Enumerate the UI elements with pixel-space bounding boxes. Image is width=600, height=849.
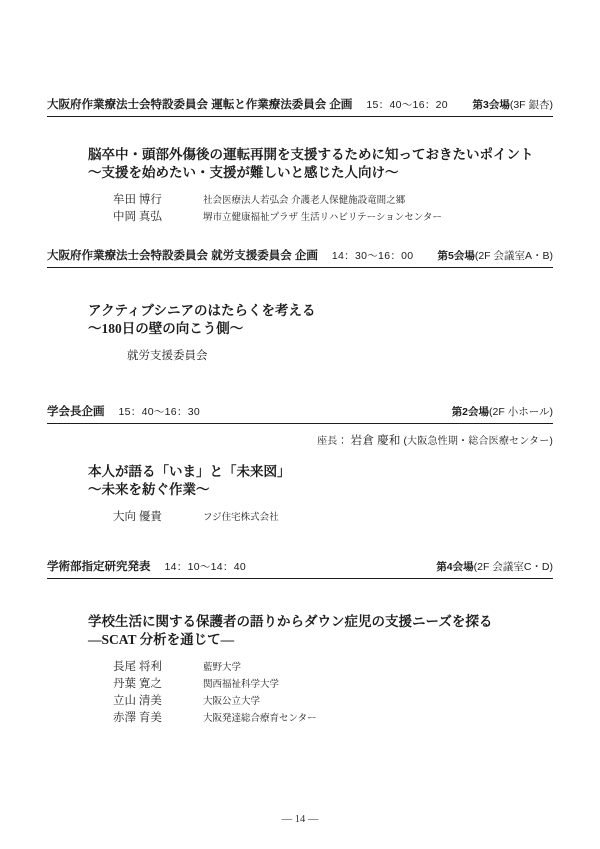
speaker-name: 立山 清美 (113, 693, 203, 710)
session-header: 大阪府作業療法士会特設委員会 運転と作業療法委員会 企画 15：40～16：20… (47, 96, 553, 117)
speaker-row: 牟田 博行 社会医療法人若弘会 介護老人保健施設竜間之郷 (113, 192, 553, 209)
session-time: 15：40～16：20 (366, 97, 448, 112)
speaker-row: 中岡 真弘 堺市立健康福祉プラザ 生活リハビリテーションセンター (113, 209, 553, 226)
talk-title-line1: 本人が語る「いま」と「未来図」 (88, 463, 553, 481)
talk-title: 学校生活に関する保護者の語りからダウン症児の支援ニーズを探る ―SCAT 分析を… (88, 613, 553, 649)
session-organizer-title: 大阪府作業療法士会特設委員会 運転と作業療法委員会 企画 (47, 96, 352, 112)
speaker-name: 長尾 将利 (113, 659, 203, 676)
chair-name: 岩倉 慶和 (351, 435, 401, 447)
talk-title-line2: ～支援を始めたい・支援が難しいと感じた人向け～ (88, 164, 553, 182)
chair-affiliation: (大阪急性期・総合医療センター) (404, 436, 553, 447)
session-time: 15：40～16：30 (119, 404, 201, 419)
session-employment-committee: 大阪府作業療法士会特設委員会 就労支援委員会 企画 14：30～16：00 第5… (47, 247, 553, 365)
talk-title: 脳卒中・頭部外傷後の運転再開を支援するために知っておきたいポイント ～支援を始め… (88, 146, 553, 182)
speaker-affiliation: フジ住宅株式会社 (203, 509, 279, 526)
speaker-name: 丹葉 寛之 (113, 676, 203, 693)
talk-title-line2: ―SCAT 分析を通じて― (88, 631, 553, 649)
speaker-name: 赤澤 育美 (113, 710, 203, 727)
talk-title-line1: 脳卒中・頭部外傷後の運転再開を支援するために知っておきたいポイント (88, 146, 553, 164)
session-venue: 第2会場 (452, 404, 489, 419)
page-number: — 14 — (0, 814, 600, 825)
speaker-list: 長尾 将利 藍野大学 丹葉 寛之 関西福祉科学大学 立山 清美 大阪公立大学 赤… (113, 659, 553, 727)
speaker-name: 中岡 真弘 (113, 209, 203, 226)
speaker-list: 牟田 博行 社会医療法人若弘会 介護老人保健施設竜間之郷 中岡 真弘 堺市立健康… (113, 192, 553, 226)
speaker-affiliation: 社会医療法人若弘会 介護老人保健施設竜間之郷 (203, 192, 405, 209)
speaker-affiliation: 藍野大学 (203, 659, 241, 676)
speaker-list: 大向 優貴 フジ住宅株式会社 (113, 509, 553, 526)
session-president-plan: 学会長企画 15：40～16：30 第2会場 (2F 小ホール) 座長： 岩倉 … (47, 403, 553, 526)
speaker-affiliation: 関西福祉科学大学 (203, 676, 279, 693)
speaker-affiliation: 大阪公立大学 (203, 693, 260, 710)
speaker-affiliation: 大阪発達総合療育センター (203, 710, 317, 727)
talk-title-line2: ～未来を紡ぐ作業～ (88, 481, 553, 499)
session-venue-detail: (2F 会議室A・B) (475, 248, 553, 263)
session-organizer-title: 学術部指定研究発表 (47, 558, 151, 574)
talk-title-line1: 学校生活に関する保護者の語りからダウン症児の支援ニーズを探る (88, 613, 553, 631)
session-header: 学術部指定研究発表 14：10～14：40 第4会場 (2F 会議室C・D) (47, 558, 553, 579)
session-venue-detail: (3F 銀杏) (510, 97, 553, 112)
session-venue: 第3会場 (472, 97, 509, 112)
speaker-row: 立山 清美 大阪公立大学 (113, 693, 553, 710)
speaker-row: 赤澤 育美 大阪発達総合療育センター (113, 710, 553, 727)
session-venue-detail: (2F 小ホール) (489, 404, 553, 419)
talk-title-line2: ～180日の壁の向こう側～ (88, 320, 553, 338)
speaker-row: 就労支援委員会 (127, 348, 553, 365)
speaker-list: 就労支援委員会 (127, 348, 553, 365)
talk-title: 本人が語る「いま」と「未来図」 ～未来を紡ぐ作業～ (88, 463, 553, 499)
session-header: 学会長企画 15：40～16：30 第2会場 (2F 小ホール) (47, 403, 553, 424)
chair-label: 座長： (317, 436, 348, 447)
speaker-row: 長尾 将利 藍野大学 (113, 659, 553, 676)
program-page: 大阪府作業療法士会特設委員会 運転と作業療法委員会 企画 15：40～16：20… (0, 0, 600, 849)
speaker-row: 丹葉 寛之 関西福祉科学大学 (113, 676, 553, 693)
session-designated-research: 学術部指定研究発表 14：10～14：40 第4会場 (2F 会議室C・D) 学… (47, 558, 553, 727)
speaker-name: 大向 優貴 (113, 509, 203, 526)
speaker-affiliation: 堺市立健康福祉プラザ 生活リハビリテーションセンター (203, 209, 442, 226)
chair-row: 座長： 岩倉 慶和 (大阪急性期・総合医療センター) (47, 432, 553, 448)
session-organizer-title: 学会長企画 (47, 403, 105, 419)
session-venue: 第4会場 (436, 559, 473, 574)
session-venue: 第5会場 (437, 248, 474, 263)
session-header: 大阪府作業療法士会特設委員会 就労支援委員会 企画 14：30～16：00 第5… (47, 247, 553, 268)
speaker-row: 大向 優貴 フジ住宅株式会社 (113, 509, 553, 526)
session-driving-committee: 大阪府作業療法士会特設委員会 運転と作業療法委員会 企画 15：40～16：20… (47, 96, 553, 226)
session-time: 14：10～14：40 (165, 559, 247, 574)
session-time: 14：30～16：00 (332, 248, 414, 263)
talk-title-line1: アクティブシニアのはたらくを考える (88, 302, 553, 320)
session-venue-detail: (2F 会議室C・D) (474, 559, 553, 574)
talk-title: アクティブシニアのはたらくを考える ～180日の壁の向こう側～ (88, 302, 553, 338)
speaker-name: 牟田 博行 (113, 192, 203, 209)
session-organizer-title: 大阪府作業療法士会特設委員会 就労支援委員会 企画 (47, 247, 318, 263)
speaker-name: 就労支援委員会 (127, 348, 217, 365)
